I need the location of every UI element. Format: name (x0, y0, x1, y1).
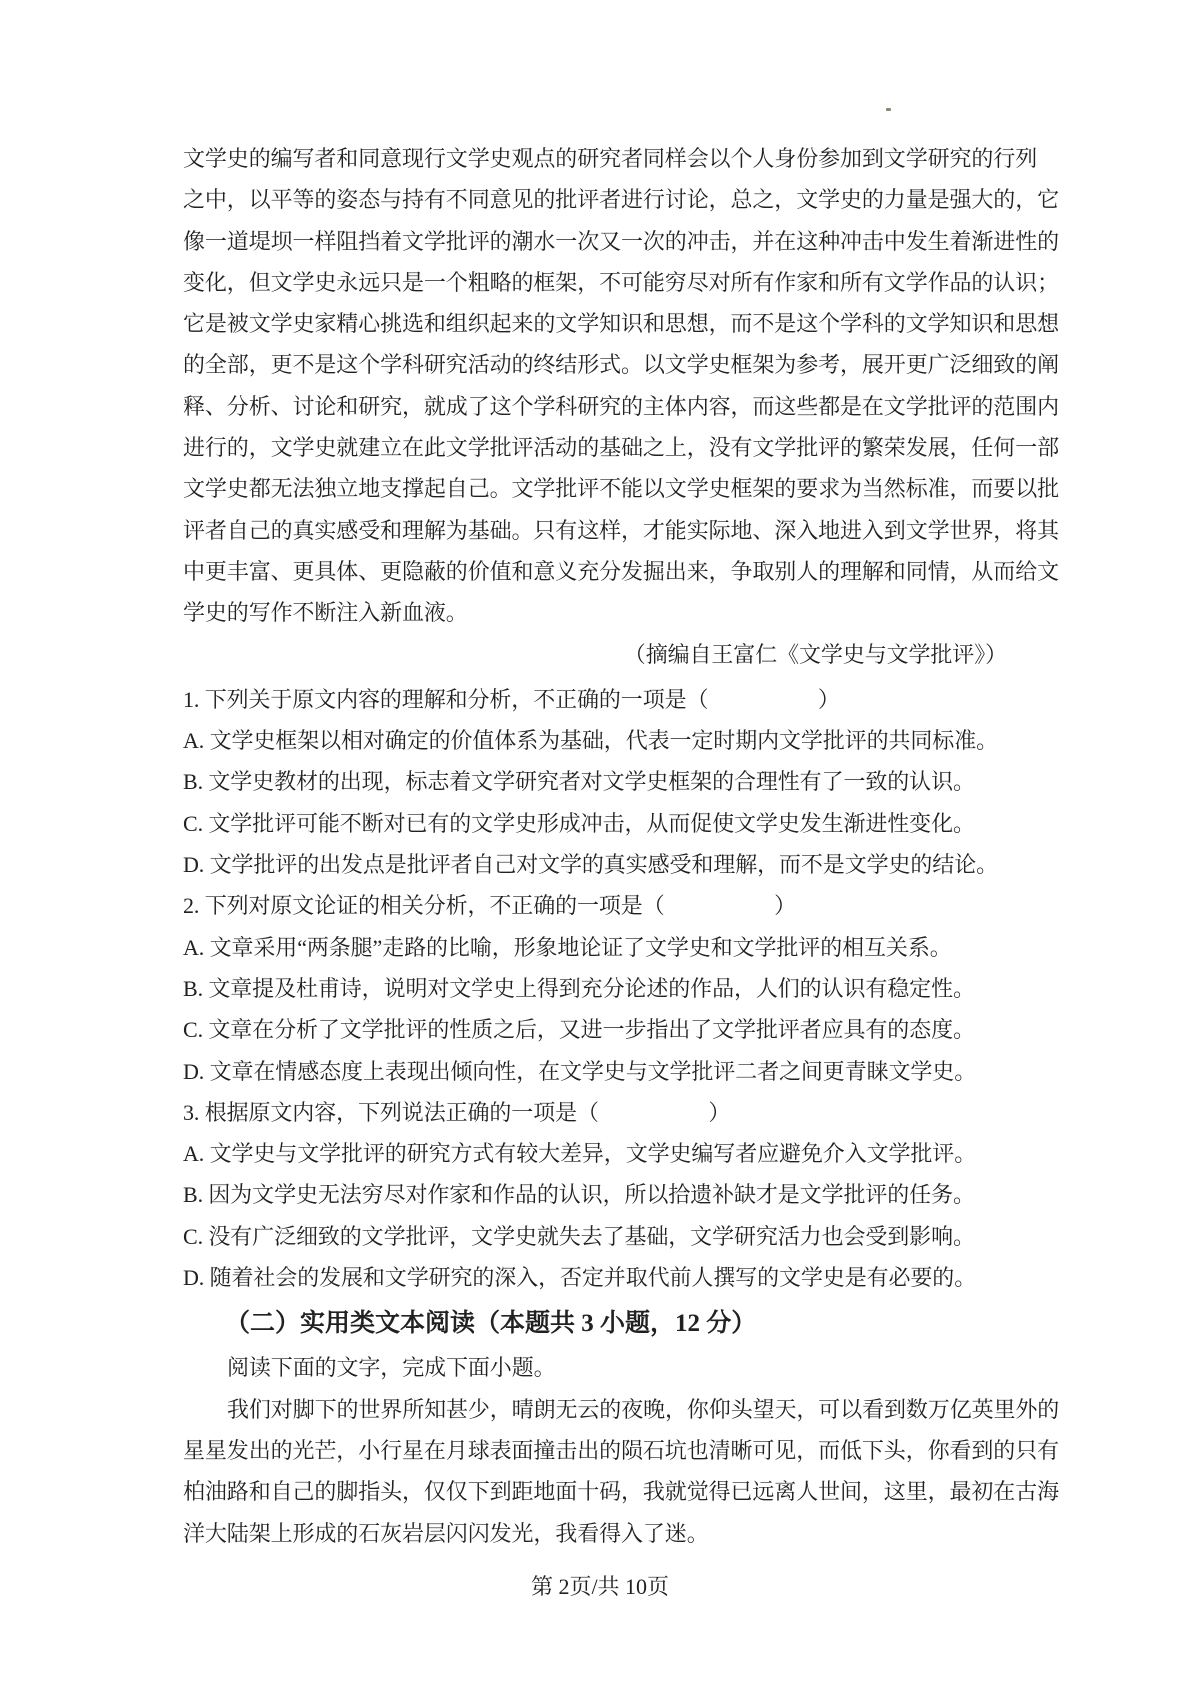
question-2-option-c: C. 文章在分析了文学批评的性质之后，又进一步指出了文学批评者应具有的态度。 (183, 1009, 1045, 1050)
question-2-stem: 2. 下列对原文论证的相关分析，不正确的一项是（ ） (183, 885, 1045, 926)
question-2: 2. 下列对原文论证的相关分析，不正确的一项是（ ） A. 文章采用“两条腿”走… (183, 885, 1045, 1091)
page-content: 文学史的编写者和同意现行文学史观点的研究者同样会以个人身份参加到文学研究的行列 … (183, 138, 1045, 1554)
scan-artifact-dot (886, 108, 891, 111)
passage-2-line: 洋大陆架上形成的石灰岩层闪闪发光，我看得入了迷。 (183, 1513, 1045, 1554)
passage-line: 像一道堤坝一样阻挡着文学批评的潮水一次又一次的冲击，并在这种冲击中发生着渐进性的 (183, 221, 1045, 262)
section-2: （二）实用类文本阅读（本题共 3 小题，12 分） 阅读下面的文字，完成下面小题… (183, 1301, 1045, 1553)
passage-line: 释、分析、讨论和研究，就成了这个学科研究的主体内容，而这些都是在文学批评的范围内 (183, 386, 1045, 427)
passage-line: 变化，但文学史永远只是一个粗略的框架，不可能穷尽对所有作家和所有文学作品的认识； (183, 262, 1045, 303)
question-1: 1. 下列关于原文内容的理解和分析，不正确的一项是（ ） A. 文学史框架以相对… (183, 679, 1045, 885)
passage-2-line: 柏油路和自己的脚指头，仅仅下到距地面十码，我就觉得已远离人世间，这里，最初在古海 (183, 1471, 1045, 1512)
question-3-option-b: B. 因为文学史无法穷尽对作家和作品的认识，所以拾遗补缺才是文学批评的任务。 (183, 1174, 1045, 1215)
question-1-stem: 1. 下列关于原文内容的理解和分析，不正确的一项是（ ） (183, 679, 1045, 720)
question-3: 3. 根据原文内容，下列说法正确的一项是（ ） A. 文学史与文学批评的研究方式… (183, 1092, 1045, 1298)
question-1-option-a: A. 文学史框架以相对确定的价值体系为基础，代表一定时期内文学批评的共同标准。 (183, 720, 1045, 761)
section-2-intro: 阅读下面的文字，完成下面小题。 (183, 1347, 1045, 1388)
section-2-heading: （二）实用类文本阅读（本题共 3 小题，12 分） (183, 1301, 1045, 1347)
page-footer: 第 2页/共 10页 (0, 1572, 1200, 1602)
question-3-option-c: C. 没有广泛细致的文学批评，文学史就失去了基础，文学研究活力也会受到影响。 (183, 1216, 1045, 1257)
passage-line: 进行的，文学史就建立在此文学批评活动的基础之上，没有文学批评的繁荣发展，任何一部 (183, 427, 1045, 468)
passage-line: 之中，以平等的姿态与持有不同意见的批评者进行讨论，总之，文学史的力量是强大的，它 (183, 179, 1045, 220)
passage-line: 学史的写作不断注入新血液。 (183, 592, 1045, 633)
exam-paper-page: 文学史的编写者和同意现行文学史观点的研究者同样会以个人身份参加到文学研究的行列 … (0, 0, 1200, 1698)
passage-line: 评者自己的真实感受和理解为基础。只有这样，才能实际地、深入地进入到文学世界，将其 (183, 510, 1045, 551)
question-1-option-b: B. 文学史教材的出现，标志着文学研究者对文学史框架的合理性有了一致的认识。 (183, 761, 1045, 802)
passage-line: 中更丰富、更具体、更隐蔽的价值和意义充分发掘出来，争取别人的理解和同情，从而给文 (183, 551, 1045, 592)
question-1-option-c: C. 文学批评可能不断对已有的文学史形成冲击，从而促使文学史发生渐进性变化。 (183, 803, 1045, 844)
passage-attribution: （摘编自王富仁《文学史与文学批评》） (183, 634, 1045, 675)
passage-2-line: 星星发出的光芒，小行星在月球表面撞击出的陨石坑也清晰可见，而低下头，你看到的只有 (183, 1430, 1045, 1471)
question-3-stem: 3. 根据原文内容，下列说法正确的一项是（ ） (183, 1092, 1045, 1133)
question-2-option-d: D. 文章在情感态度上表现出倾向性，在文学史与文学批评二者之间更青睐文学史。 (183, 1051, 1045, 1092)
question-3-option-d: D. 随着社会的发展和文学研究的深入，否定并取代前人撰写的文学史是有必要的。 (183, 1257, 1045, 1298)
passage-2-line: 我们对脚下的世界所知甚少，晴朗无云的夜晚，你仰头望天，可以看到数万亿英里外的 (183, 1389, 1045, 1430)
passage-line: 文学史都无法独立地支撑起自己。文学批评不能以文学史框架的要求为当然标准，而要以批 (183, 468, 1045, 509)
passage-line: 文学史的编写者和同意现行文学史观点的研究者同样会以个人身份参加到文学研究的行列 (183, 138, 1045, 179)
question-1-option-d: D. 文学批评的出发点是批评者自己对文学的真实感受和理解，而不是文学史的结论。 (183, 844, 1045, 885)
passage-line: 的全部，更不是这个学科研究活动的终结形式。以文学史框架为参考，展开更广泛细致的阐 (183, 344, 1045, 385)
question-3-option-a: A. 文学史与文学批评的研究方式有较大差异，文学史编写者应避免介入文学批评。 (183, 1133, 1045, 1174)
passage-1: 文学史的编写者和同意现行文学史观点的研究者同样会以个人身份参加到文学研究的行列 … (183, 138, 1045, 675)
passage-line: 它是被文学史家精心挑选和组织起来的文学知识和思想，而不是这个学科的文学知识和思想 (183, 303, 1045, 344)
question-2-option-a: A. 文章采用“两条腿”走路的比喻，形象地论证了文学史和文学批评的相互关系。 (183, 927, 1045, 968)
question-2-option-b: B. 文章提及杜甫诗，说明对文学史上得到充分论述的作品，人们的认识有稳定性。 (183, 968, 1045, 1009)
